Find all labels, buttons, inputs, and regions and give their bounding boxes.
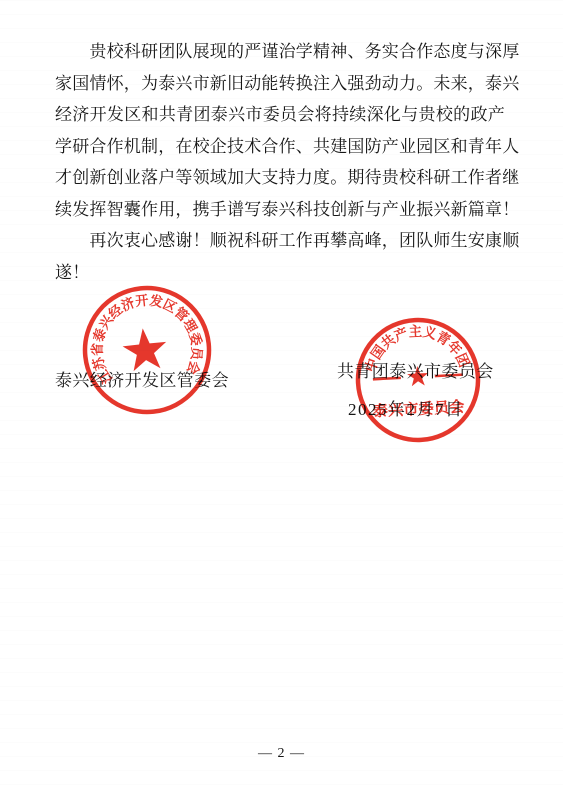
body-line-4: 学研合作机制，在校企技术合作、共建国防产业园区和青年人 — [55, 131, 505, 163]
body-line-3: 经济开发区和共青团泰兴市委员会将持续深化与贵校的政产 — [55, 99, 505, 131]
seal-left-ring — [79, 282, 215, 418]
body-line-2: 家国情怀，为泰兴市新旧动能转换注入强劲动力。未来，泰兴 — [55, 68, 505, 100]
signature-right-org: 共青团泰兴市委员会 — [337, 357, 494, 382]
document-page: 贵校科研团队展现的严谨治学精神、务实合作态度与深厚 家国情怀，为泰兴市新旧动能转… — [0, 0, 563, 794]
body-line-1: 贵校科研团队展现的严谨治学精神、务实合作态度与深厚 — [55, 36, 505, 68]
letter-body: 贵校科研团队展现的严谨治学精神、务实合作态度与深厚 家国情怀，为泰兴市新旧动能转… — [55, 36, 505, 288]
body-line-5: 才创新创业落户等领域加大支持力度。期待贵校科研工作者继 — [55, 162, 505, 194]
body-line-8: 遂！ — [55, 257, 505, 289]
signature-date: 2025年2月7日 — [348, 395, 464, 420]
body-line-7: 再次衷心感谢！顺祝科研工作再攀高峰，团队师生安康顺 — [55, 225, 505, 257]
signature-left-org: 泰兴经济开发区管委会 — [55, 366, 229, 391]
seal-left: 江苏省泰兴经济开发区管理委员会 — [77, 280, 217, 420]
body-line-6: 续发挥智囊作用，携手谱写泰兴科技创新与产业振兴新篇章！ — [55, 194, 505, 226]
page-number: — 2 — — [0, 746, 563, 762]
